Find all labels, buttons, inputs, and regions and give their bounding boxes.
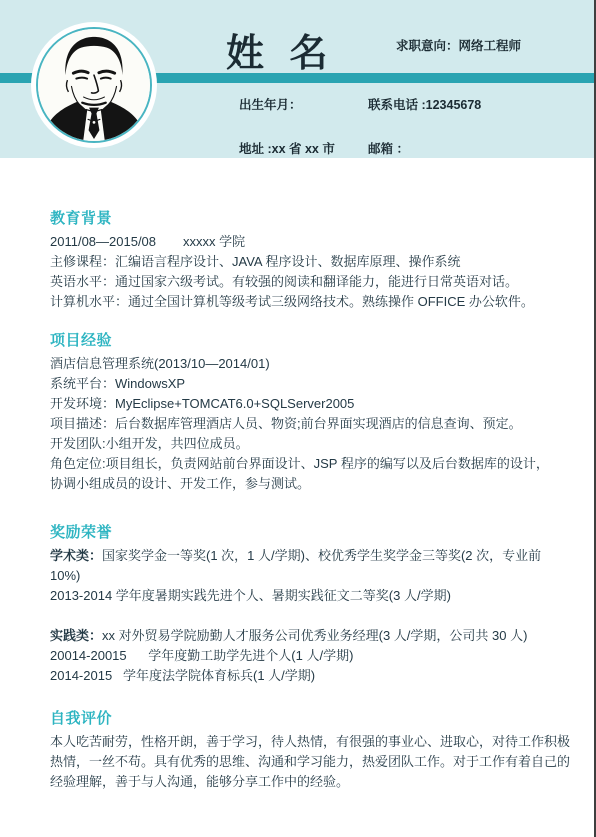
section-title-self: 自我评价: [50, 707, 570, 728]
education-english-line: 英语水平：通过国家六级考试。有较强的阅读和翻译能力，能进行日常英语对话。: [50, 272, 570, 292]
project-role-line: 角色定位:项目组长，负责网站前台界面设计、JSP 程序的编写以及后台数据库的设计…: [50, 454, 570, 474]
section-title-projects: 项目经验: [50, 329, 570, 350]
profile-photo: [36, 27, 152, 143]
blank-line: [50, 606, 570, 626]
resume-page: 姓 名 求职意向：网络工程师 出生年月： 联系电话 :12345678 地址 :…: [0, 0, 596, 837]
portrait-illustration: [38, 29, 150, 141]
education-period: 2011/08—2015/08: [50, 234, 156, 249]
award-academic-line: 学术类：国家奖学金一等奖(1 次，1 人/学期)、校优秀学生奖学金三等奖(2 次…: [50, 546, 570, 586]
award-practice-text: xx 对外贸易学院励勤人才服务公司优秀业务经理(3 人/学期，公司共 30 人): [102, 628, 527, 643]
section-awards: 奖励荣誉 学术类：国家奖学金一等奖(1 次，1 人/学期)、校优秀学生奖学金三等…: [50, 521, 570, 686]
project-platform-line: 系统平台：WindowsXP: [50, 374, 570, 394]
section-education: 教育背景 2011/08—2015/08xxxxx 学院 主修课程：汇编语言程序…: [50, 207, 570, 312]
contact-info: 出生年月： 联系电话 :12345678 地址 :xx 省 xx 市 邮箱 ：: [239, 95, 481, 157]
award-practice-label: 实践类：: [50, 628, 102, 643]
photo-frame: [31, 22, 157, 148]
email-field: 邮箱 ：: [368, 139, 481, 157]
project-desc-line: 项目描述：后台数据库管理酒店人员、物资;前台界面实现酒店的信息查询、预定。: [50, 414, 570, 434]
award-summer-line: 2013-2014 学年度暑期实践先进个人、暑期实践征文二等奖(3 人/学期): [50, 586, 570, 606]
phone-field: 联系电话 :12345678: [368, 95, 481, 113]
award-practice-line: 实践类：xx 对外贸易学院励勤人才服务公司优秀业务经理(3 人/学期，公司共 3…: [50, 626, 570, 646]
project-team-line: 开发团队:小组开发，共四位成员。: [50, 434, 570, 454]
education-computer-line: 计算机水平：通过全国计算机等级考试三级网络技术。熟练操作 OFFICE 办公软件…: [50, 292, 570, 312]
education-period-line: 2011/08—2015/08xxxxx 学院: [50, 232, 570, 252]
award-sports-line: 2014-2015 学年度法学院体育标兵(1 人/学期): [50, 666, 570, 686]
award-workstudy-line: 20014-20015 学年度勤工助学先进个人(1 人/学期): [50, 646, 570, 666]
address-field: 地址 :xx 省 xx 市: [239, 139, 368, 157]
section-projects: 项目经验 酒店信息管理系统(2013/10—2014/01) 系统平台：Wind…: [50, 329, 570, 494]
resume-body: 教育背景 2011/08—2015/08xxxxx 学院 主修课程：汇编语言程序…: [0, 158, 594, 792]
award-academic-label: 学术类：: [50, 548, 102, 563]
birth-field: 出生年月：: [239, 95, 368, 113]
section-title-awards: 奖励荣誉: [50, 521, 570, 542]
education-school: xxxxx 学院: [183, 234, 245, 249]
candidate-name: 姓 名: [226, 22, 329, 77]
header-band: 姓 名 求职意向：网络工程师 出生年月： 联系电话 :12345678 地址 :…: [0, 0, 594, 158]
project-env-line: 开发环境：MyEclipse+TOMCAT6.0+SQLServer2005: [50, 394, 570, 414]
self-evaluation-text: 本人吃苦耐劳，性格开朗，善于学习，待人热情，有很强的事业心、进取心，对待工作积极…: [50, 732, 570, 792]
section-title-education: 教育背景: [50, 207, 570, 228]
job-intention: 求职意向：网络工程师: [396, 36, 521, 54]
project-role-line2: 协调小组成员的设计、开发工作，参与测试。: [50, 474, 570, 494]
section-self-evaluation: 自我评价 本人吃苦耐劳，性格开朗，善于学习，待人热情，有很强的事业心、进取心，对…: [50, 707, 570, 792]
education-courses-line: 主修课程：汇编语言程序设计、JAVA 程序设计、数据库原理、操作系统: [50, 252, 570, 272]
project-name-line: 酒店信息管理系统(2013/10—2014/01): [50, 354, 570, 374]
award-academic-text: 国家奖学金一等奖(1 次，1 人/学期)、校优秀学生奖学金三等奖(2 次，专业前…: [50, 548, 545, 583]
